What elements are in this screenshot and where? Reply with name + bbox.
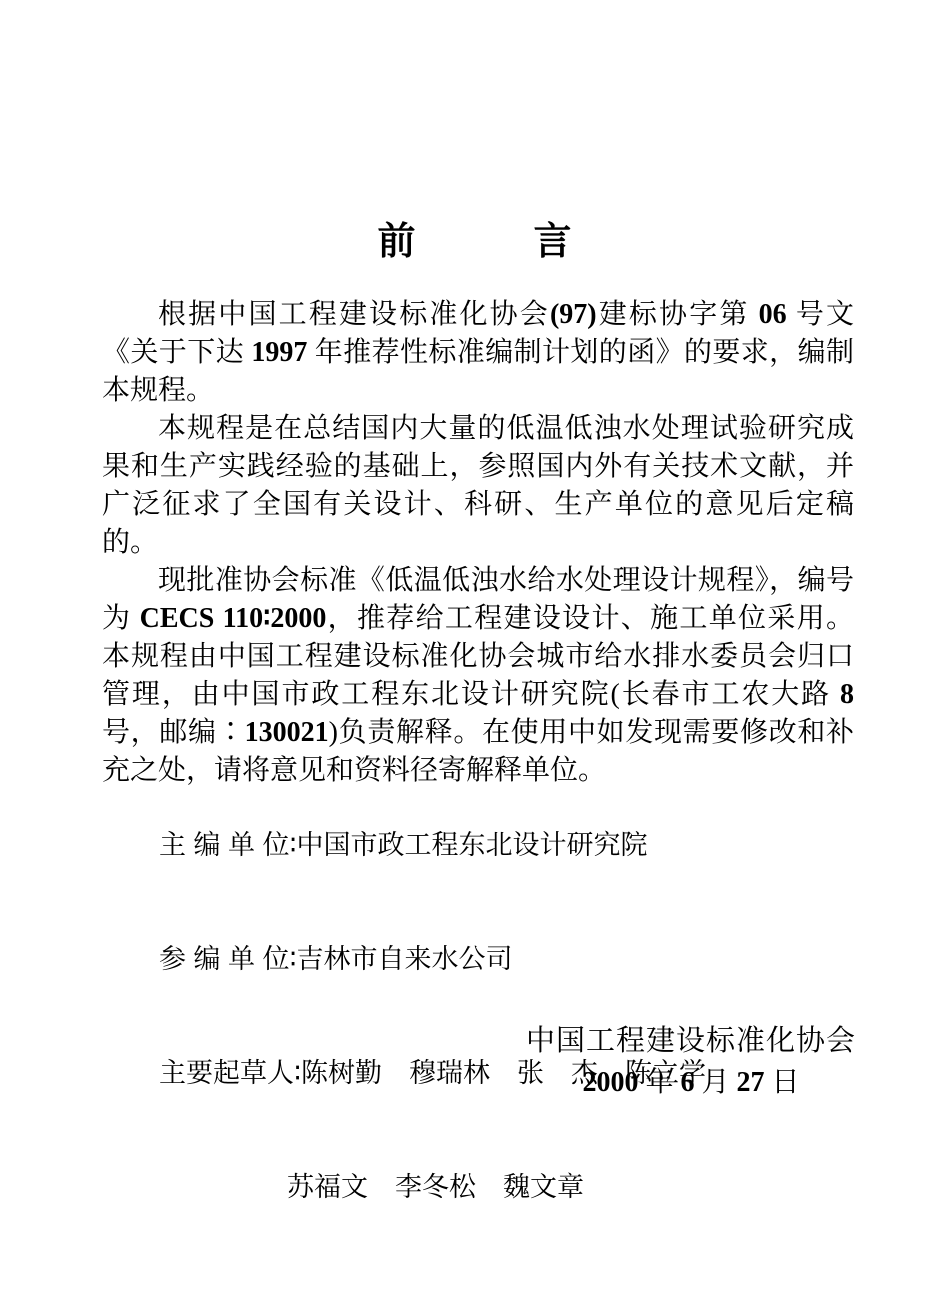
signature-block: 中国工程建设标准化协会 2000 年 6 月 27 日 xyxy=(526,1022,856,1102)
drafters-label: 主要起草人∶ xyxy=(159,1054,301,1092)
postal-code: 130021 xyxy=(245,717,329,748)
standard-number: CECS 110∶2000 xyxy=(140,603,327,634)
text-run: 号，邮编∶ xyxy=(102,717,245,748)
date-month-unit: 月 xyxy=(694,1067,736,1098)
signature-organization: 中国工程建设标准化协会 xyxy=(526,1022,856,1060)
co-editor-value: 吉林市自来水公司 xyxy=(297,940,513,978)
date-month: 6 xyxy=(680,1067,694,1098)
date-year: 2000 xyxy=(582,1067,638,1098)
date-day: 27 xyxy=(737,1067,765,1098)
date-day-unit: 日 xyxy=(765,1067,800,1098)
text-run: 建标协字第 xyxy=(597,299,759,330)
document-page: 前 言 根据中国工程建设标准化协会(97)建标协字第 06 号文《关于下达 19… xyxy=(0,0,950,1304)
text-run: 8 xyxy=(840,679,854,710)
chief-editor-label: 主 编 单 位∶ xyxy=(159,826,297,864)
text-run: 本规程是在总结国内大量的低温低浊水处理试验研究成果和生产实践经验的基础上，参照国… xyxy=(102,413,854,558)
chief-editor-line: 主 编 单 位∶中国市政工程东北设计研究院 xyxy=(159,826,706,864)
text-run: (97) xyxy=(550,299,597,330)
signature-date: 2000 年 6 月 27 日 xyxy=(526,1064,856,1102)
preface-body: 根据中国工程建设标准化协会(97)建标协字第 06 号文《关于下达 1997 年… xyxy=(102,296,854,790)
drafters-names: 苏福文 李冬松 魏文章 xyxy=(287,1168,584,1206)
text-run: 根据中国工程建设标准化协会 xyxy=(158,299,550,330)
date-year-unit: 年 xyxy=(638,1067,680,1098)
co-editor-line: 参 编 单 位∶吉林市自来水公司 xyxy=(159,940,706,978)
drafters-indent xyxy=(159,1168,287,1206)
paragraph-background: 本规程是在总结国内大量的低温低浊水处理试验研究成果和生产实践经验的基础上，参照国… xyxy=(102,410,854,562)
drafters-line-2: 苏福文 李冬松 魏文章 xyxy=(159,1168,706,1206)
page-title: 前 言 xyxy=(0,220,950,264)
chief-editor-value: 中国市政工程东北设计研究院 xyxy=(297,826,648,864)
co-editor-label: 参 编 单 位∶ xyxy=(159,940,297,978)
credits-block: 主 编 单 位∶中国市政工程东北设计研究院 参 编 单 位∶吉林市自来水公司 主… xyxy=(159,750,706,1282)
text-run: 06 xyxy=(759,299,787,330)
text-run: 1997 xyxy=(251,337,307,368)
paragraph-basis: 根据中国工程建设标准化协会(97)建标协字第 06 号文《关于下达 1997 年… xyxy=(102,296,854,410)
